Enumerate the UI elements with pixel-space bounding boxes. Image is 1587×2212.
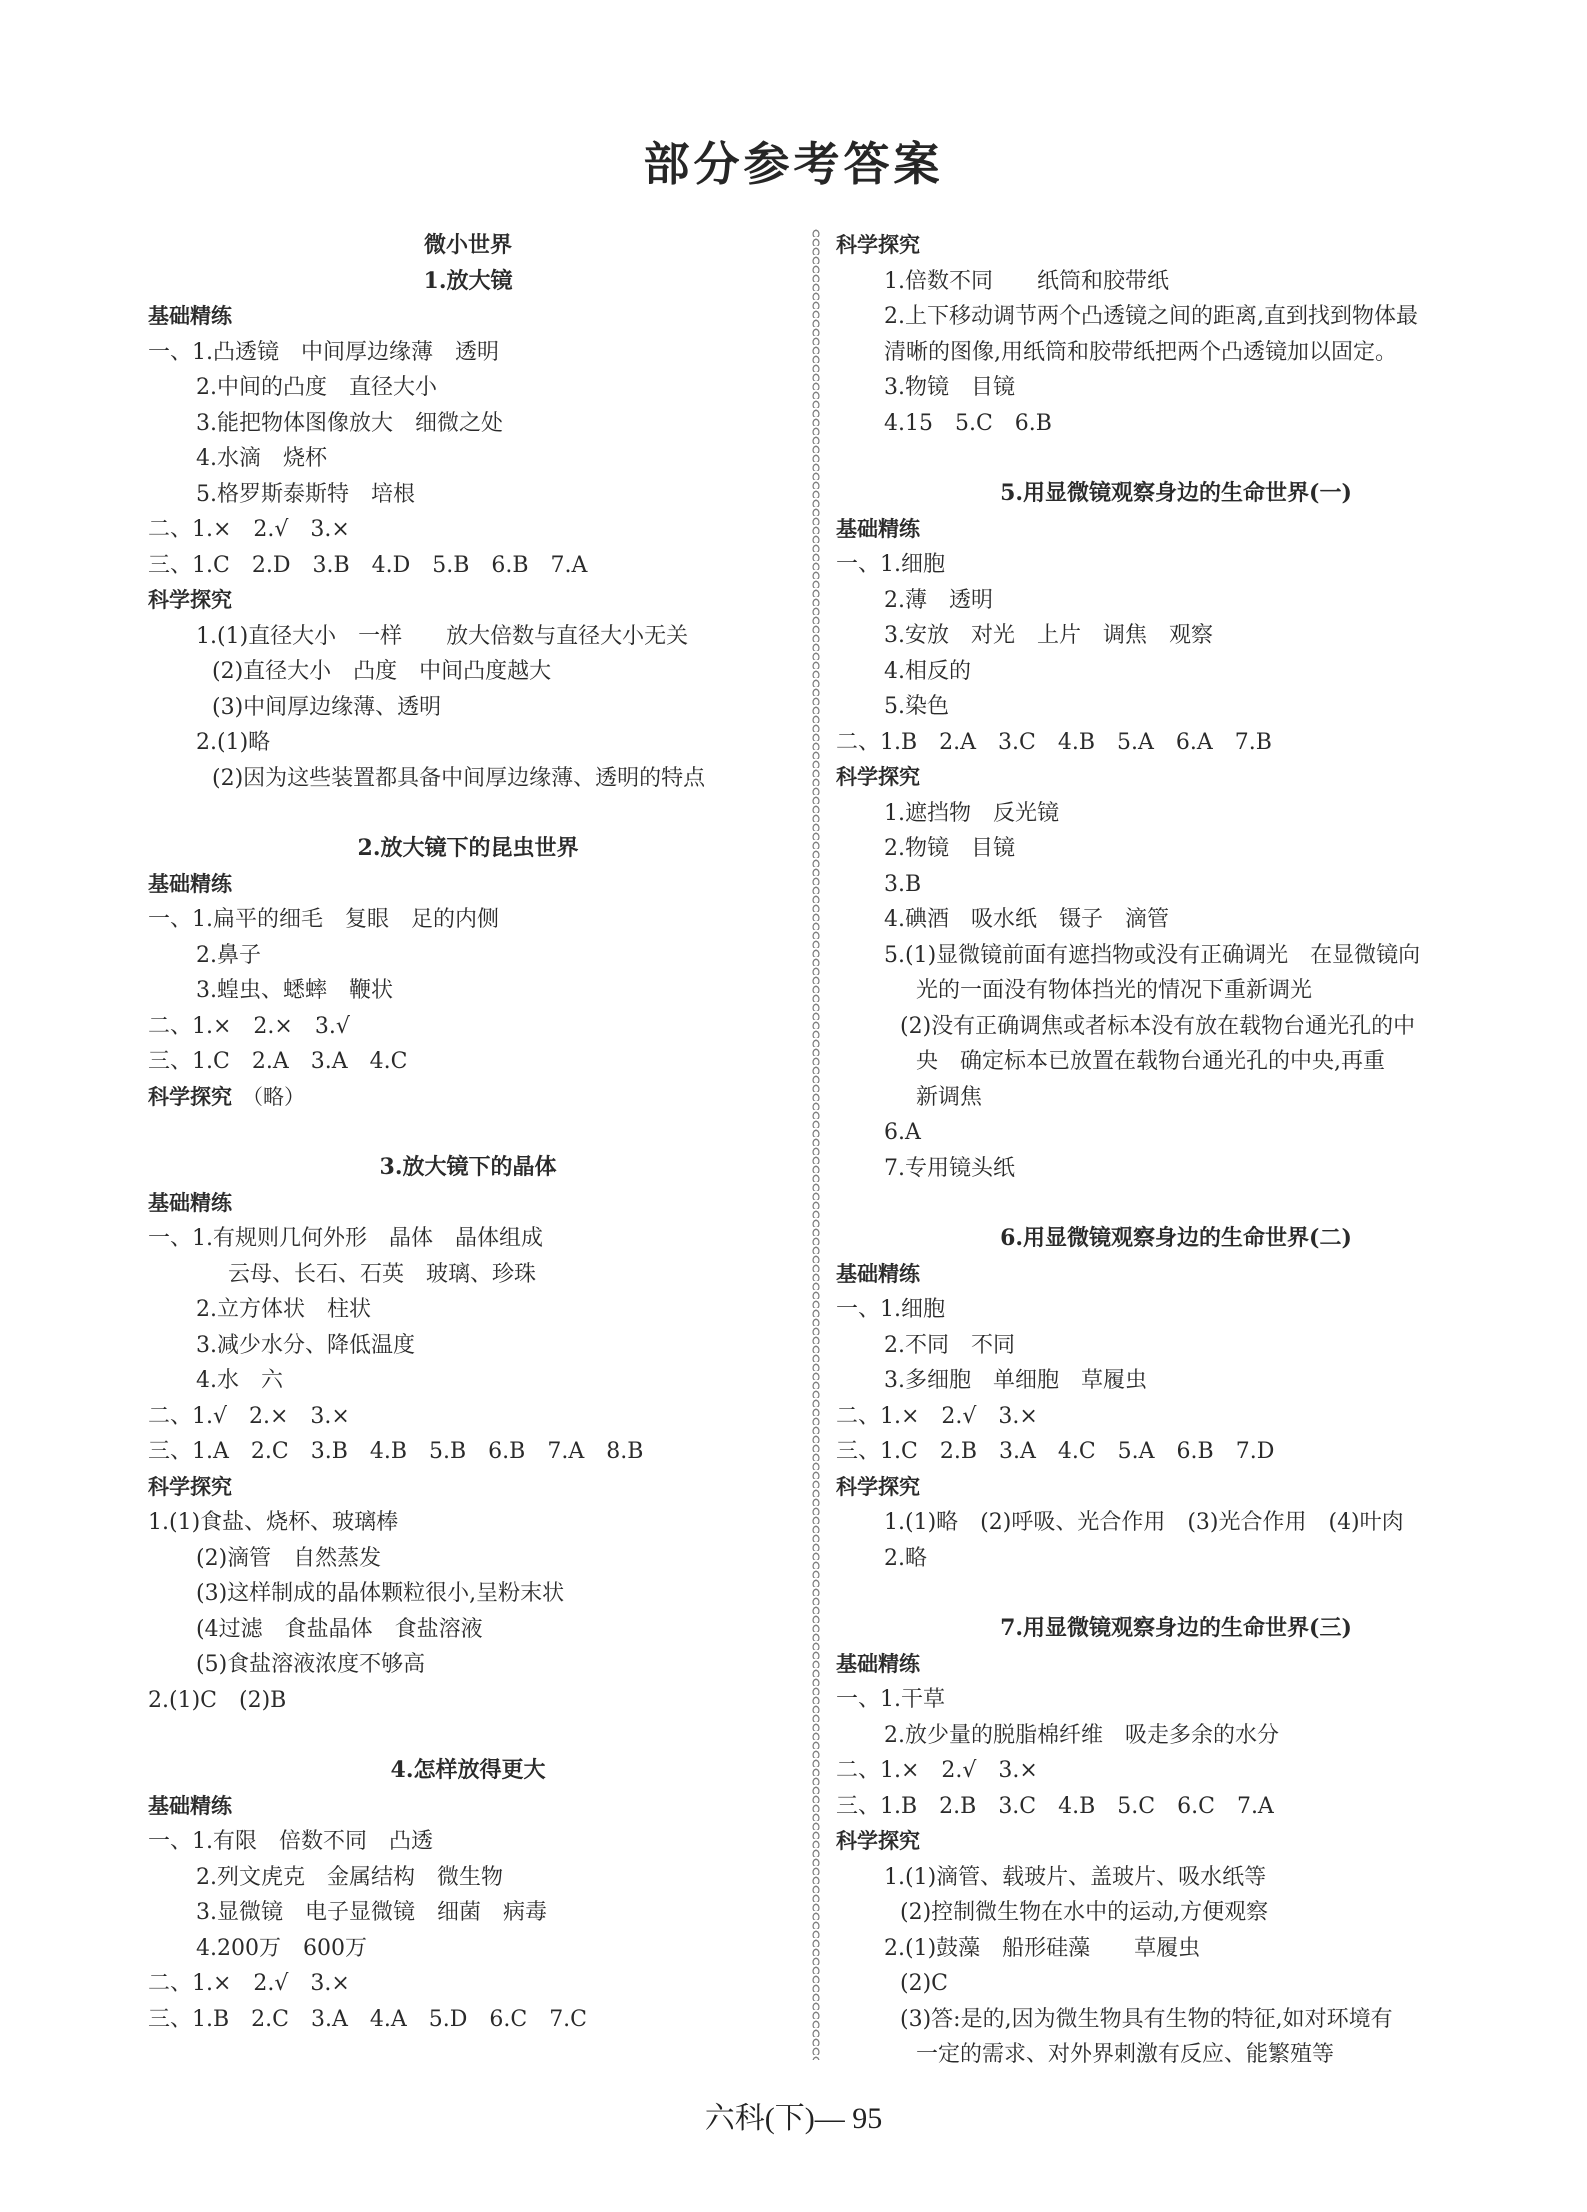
section-label: 基础精练 — [148, 867, 788, 903]
answer-line: 5.格罗斯泰斯特 培根 — [148, 477, 788, 513]
answer-line: 二、1.× 2.√ 3.× — [148, 512, 788, 548]
answer-line: 4.相反的 — [836, 654, 1516, 690]
section-label: 科学探究 — [836, 1470, 1516, 1506]
answer-line: 1.(1)滴管、载玻片、盖玻片、吸水纸等 — [836, 1860, 1516, 1896]
answer-line: 一定的需求、对外界刺激有反应、能繁殖等 — [836, 2037, 1516, 2073]
answer-line: 二、1.× 2.√ 3.× — [148, 1966, 788, 2002]
unit-block: 2.放大镜下的昆虫世界基础精练一、1.扁平的细毛 复眼 足的内侧2.鼻子3.蝗虫… — [148, 831, 788, 1115]
answer-line: (3)答:是的,因为微生物具有生物的特征,如对环境有 — [836, 2002, 1516, 2038]
section-label: 科学探究 — [836, 1824, 1516, 1860]
answer-line: 3.显微镜 电子显微镜 细菌 病毒 — [148, 1895, 788, 1931]
section-label: 科学探究 — [836, 228, 1516, 264]
answer-line: 三、1.C 2.B 3.A 4.C 5.A 6.B 7.D — [836, 1434, 1516, 1470]
answer-line: 三、1.A 2.C 3.B 4.B 5.B 6.B 7.A 8.B — [148, 1434, 788, 1470]
left-units: 1.放大镜基础精练一、1.凸透镜 中间厚边缘薄 透明2.中间的凸度 直径大小3.… — [148, 264, 788, 2038]
section-label: 科学探究 — [148, 1470, 788, 1506]
answer-line: 一、1.凸透镜 中间厚边缘薄 透明 — [148, 335, 788, 371]
answer-line: 新调焦 — [836, 1080, 1516, 1116]
answer-line: 2.放少量的脱脂棉纤维 吸走多余的水分 — [836, 1718, 1516, 1754]
answer-line: 2.略 — [836, 1541, 1516, 1577]
section-label: 基础精练 — [836, 512, 1516, 548]
chapter-title: 微小世界 — [148, 228, 788, 264]
answer-line: 2.(1)略 — [148, 725, 788, 761]
answer-line: 3.减少水分、降低温度 — [148, 1328, 788, 1364]
column-divider — [809, 228, 823, 2060]
answer-line: 4.水滴 烧杯 — [148, 441, 788, 477]
answer-line: 二、1.B 2.A 3.C 4.B 5.A 6.A 7.B — [836, 725, 1516, 761]
answer-line: 5.(1)显微镜前面有遮挡物或没有正确调光 在显微镜向 — [836, 938, 1516, 974]
answer-line: (2)控制微生物在水中的运动,方便观察 — [836, 1895, 1516, 1931]
page-footer: 六科(下)— 95 — [0, 2093, 1587, 2137]
answer-line: 云母、长石、石英 玻璃、珍珠 — [148, 1257, 788, 1293]
section-label: 基础精练 — [836, 1257, 1516, 1293]
continued-section: 科学探究1.倍数不同 纸筒和胶带纸2.上下移动调节两个凸透镜之间的距离,直到找到… — [836, 228, 1516, 441]
answer-line: 一、1.有限 倍数不同 凸透 — [148, 1824, 788, 1860]
answer-line: 2.鼻子 — [148, 938, 788, 974]
answer-line: 2.物镜 目镜 — [836, 831, 1516, 867]
section-label: 基础精练 — [148, 299, 788, 335]
unit-block: 6.用显微镜观察身边的生命世界(二)基础精练一、1.细胞2.不同 不同3.多细胞… — [836, 1221, 1516, 1576]
answer-line: 2.上下移动调节两个凸透镜之间的距离,直到找到物体最 — [836, 299, 1516, 335]
unit-block: 1.放大镜基础精练一、1.凸透镜 中间厚边缘薄 透明2.中间的凸度 直径大小3.… — [148, 264, 788, 797]
answer-line: 2.(1)鼓藻 船形硅藻 草履虫 — [836, 1931, 1516, 1967]
answer-line: 4.15 5.C 6.B — [836, 406, 1516, 442]
section-inline-note: （略） — [232, 1085, 305, 1109]
answer-line: 二、1.× 2.√ 3.× — [836, 1753, 1516, 1789]
unit-block: 5.用显微镜观察身边的生命世界(一)基础精练一、1.细胞2.薄 透明3.安放 对… — [836, 476, 1516, 1186]
answer-line: 1.(1)食盐、烧杯、玻璃棒 — [148, 1505, 788, 1541]
right-column: 科学探究1.倍数不同 纸筒和胶带纸2.上下移动调节两个凸透镜之间的距离,直到找到… — [836, 228, 1516, 2108]
answer-line: 2.不同 不同 — [836, 1328, 1516, 1364]
answer-line: 3.能把物体图像放大 细微之处 — [148, 406, 788, 442]
answer-line: 2.列文虎克 金属结构 微生物 — [148, 1860, 788, 1896]
answer-line: 3.物镜 目镜 — [836, 370, 1516, 406]
unit-block: 3.放大镜下的晶体基础精练一、1.有规则几何外形 晶体 晶体组成云母、长石、石英… — [148, 1150, 788, 1718]
answer-line: 光的一面没有物体挡光的情况下重新调光 — [836, 973, 1516, 1009]
answer-line: 7.专用镜头纸 — [836, 1151, 1516, 1187]
section-label: 科学探究 — [836, 760, 1516, 796]
unit-block: 4.怎样放得更大基础精练一、1.有限 倍数不同 凸透2.列文虎克 金属结构 微生… — [148, 1753, 788, 2037]
answer-line: 3.多细胞 单细胞 草履虫 — [836, 1363, 1516, 1399]
answer-line: 一、1.有规则几何外形 晶体 晶体组成 — [148, 1221, 788, 1257]
section-label: 科学探究（略） — [148, 1080, 788, 1116]
section-label: 科学探究 — [148, 583, 788, 619]
answer-line: 二、1.√ 2.× 3.× — [148, 1399, 788, 1435]
answer-line: 2.中间的凸度 直径大小 — [148, 370, 788, 406]
unit-title: 5.用显微镜观察身边的生命世界(一) — [836, 476, 1516, 512]
answer-line: 1.(1)直径大小 一样 放大倍数与直径大小无关 — [148, 619, 788, 655]
answer-line: 1.(1)略 (2)呼吸、光合作用 (3)光合作用 (4)叶肉 — [836, 1505, 1516, 1541]
answer-line: 二、1.× 2.√ 3.× — [836, 1399, 1516, 1435]
answer-line: 4.水 六 — [148, 1363, 788, 1399]
answer-line: (3)中间厚边缘薄、透明 — [148, 690, 788, 726]
answer-line: 一、1.干草 — [836, 1682, 1516, 1718]
answer-line: 3.蝗虫、蟋蟀 鞭状 — [148, 973, 788, 1009]
answer-line: 清晰的图像,用纸筒和胶带纸把两个凸透镜加以固定。 — [836, 335, 1516, 371]
answer-line: 央 确定标本已放置在载物台通光孔的中央,再重 — [836, 1044, 1516, 1080]
unit-title: 1.放大镜 — [148, 264, 788, 300]
answer-line: 三、1.C 2.D 3.B 4.D 5.B 6.B 7.A — [148, 548, 788, 584]
answer-line: (2)直径大小 凸度 中间凸度越大 — [148, 654, 788, 690]
answer-line: 二、1.× 2.× 3.√ — [148, 1009, 788, 1045]
answer-line: 三、1.B 2.B 3.C 4.B 5.C 6.C 7.A — [836, 1789, 1516, 1825]
right-units: 5.用显微镜观察身边的生命世界(一)基础精练一、1.细胞2.薄 透明3.安放 对… — [836, 476, 1516, 2073]
answer-line: 2.(1)C (2)B — [148, 1683, 788, 1719]
answer-line: 4.200万 600万 — [148, 1931, 788, 1967]
unit-block: 7.用显微镜观察身边的生命世界(三)基础精练一、1.干草2.放少量的脱脂棉纤维 … — [836, 1611, 1516, 2073]
answer-line: 三、1.C 2.A 3.A 4.C — [148, 1044, 788, 1080]
answer-line: 5.染色 — [836, 689, 1516, 725]
answer-line: 1.遮挡物 反光镜 — [836, 796, 1516, 832]
unit-title: 4.怎样放得更大 — [148, 1753, 788, 1789]
answer-line: (3)这样制成的晶体颗粒很小,呈粉末状 — [148, 1576, 788, 1612]
answer-line: 4.碘酒 吸水纸 镊子 滴管 — [836, 902, 1516, 938]
answer-line: 3.安放 对光 上片 调焦 观察 — [836, 618, 1516, 654]
section-label: 基础精练 — [148, 1789, 788, 1825]
answer-line: (2)没有正确调焦或者标本没有放在载物台通光孔的中 — [836, 1009, 1516, 1045]
section-label: 基础精练 — [148, 1186, 788, 1222]
answer-line: 6.A — [836, 1115, 1516, 1151]
answer-line: 一、1.细胞 — [836, 1292, 1516, 1328]
unit-title: 2.放大镜下的昆虫世界 — [148, 831, 788, 867]
answer-line: 一、1.细胞 — [836, 547, 1516, 583]
answer-line: (2)滴管 自然蒸发 — [148, 1541, 788, 1577]
answer-line: (5)食盐溶液浓度不够高 — [148, 1647, 788, 1683]
answer-line: (2)C — [836, 1966, 1516, 2002]
page-title: 部分参考答案 — [0, 128, 1587, 194]
unit-title: 7.用显微镜观察身边的生命世界(三) — [836, 1611, 1516, 1647]
answer-line: 2.立方体状 柱状 — [148, 1292, 788, 1328]
answer-line: 三、1.B 2.C 3.A 4.A 5.D 6.C 7.C — [148, 2002, 788, 2038]
answer-line: 2.薄 透明 — [836, 583, 1516, 619]
answer-line: (4过滤 食盐晶体 食盐溶液 — [148, 1612, 788, 1648]
unit-title: 6.用显微镜观察身边的生命世界(二) — [836, 1221, 1516, 1257]
answer-line: 一、1.扁平的细毛 复眼 足的内侧 — [148, 902, 788, 938]
answer-line: 3.B — [836, 867, 1516, 903]
section-label: 基础精练 — [836, 1647, 1516, 1683]
answer-line: 1.倍数不同 纸筒和胶带纸 — [836, 264, 1516, 300]
answer-line: (2)因为这些装置都具备中间厚边缘薄、透明的特点 — [148, 761, 788, 797]
unit-title: 3.放大镜下的晶体 — [148, 1150, 788, 1186]
left-column: 微小世界 1.放大镜基础精练一、1.凸透镜 中间厚边缘薄 透明2.中间的凸度 直… — [148, 228, 788, 2072]
